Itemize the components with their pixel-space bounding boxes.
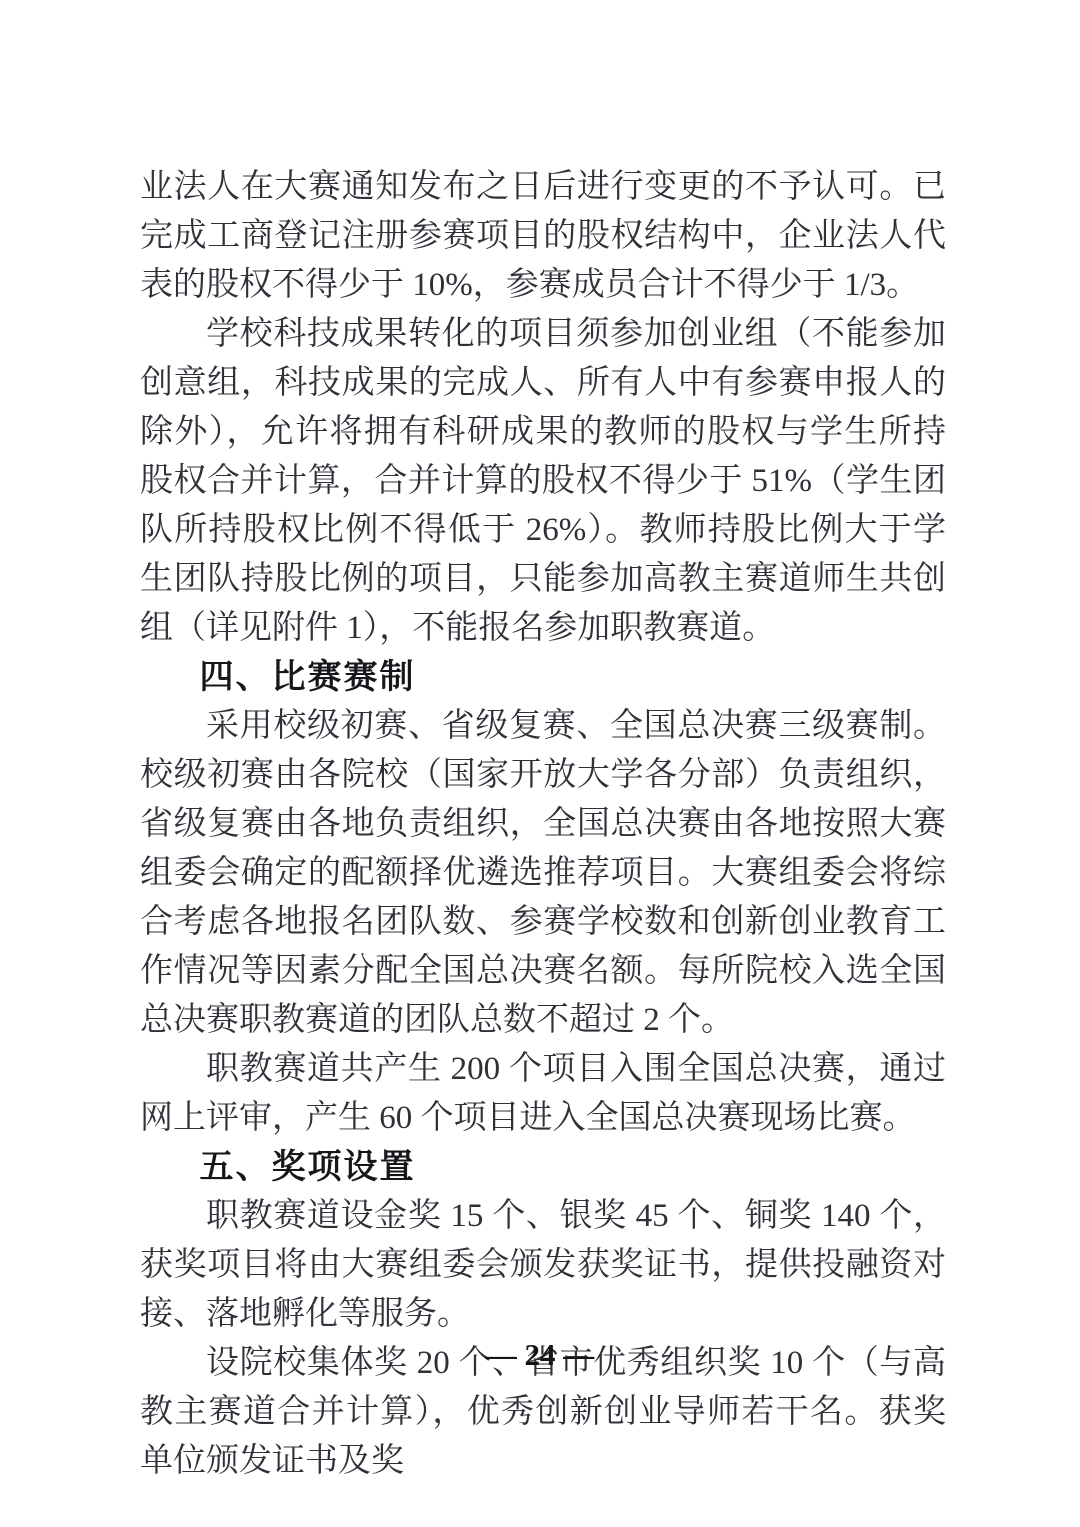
paragraph: 学校科技成果转化的项目须参加创业组（不能参加创意组，科技成果的完成人、所有人中有… xyxy=(140,310,946,653)
page-number: — 24 — xyxy=(0,1337,1080,1373)
document-page: 业法人在大赛通知发布之日后进行变更的不予认可。已完成工商登记注册参赛项目的股权结… xyxy=(0,0,1080,1527)
paragraph: 职教赛道共产生 200 个项目入围全国总决赛，通过网上评审，产生 60 个项目进… xyxy=(140,1045,946,1143)
document-body: 业法人在大赛通知发布之日后进行变更的不予认可。已完成工商登记注册参赛项目的股权结… xyxy=(140,163,946,1486)
paragraph-continued: 业法人在大赛通知发布之日后进行变更的不予认可。已完成工商登记注册参赛项目的股权结… xyxy=(140,163,946,310)
section-heading-competition-format: 四、比赛赛制 xyxy=(140,653,946,702)
paragraph: 职教赛道设金奖 15 个、银奖 45 个、铜奖 140 个，获奖项目将由大赛组委… xyxy=(140,1192,946,1339)
section-heading-awards: 五、奖项设置 xyxy=(140,1143,946,1192)
paragraph: 采用校级初赛、省级复赛、全国总决赛三级赛制。校级初赛由各院校（国家开放大学各分部… xyxy=(140,702,946,1045)
